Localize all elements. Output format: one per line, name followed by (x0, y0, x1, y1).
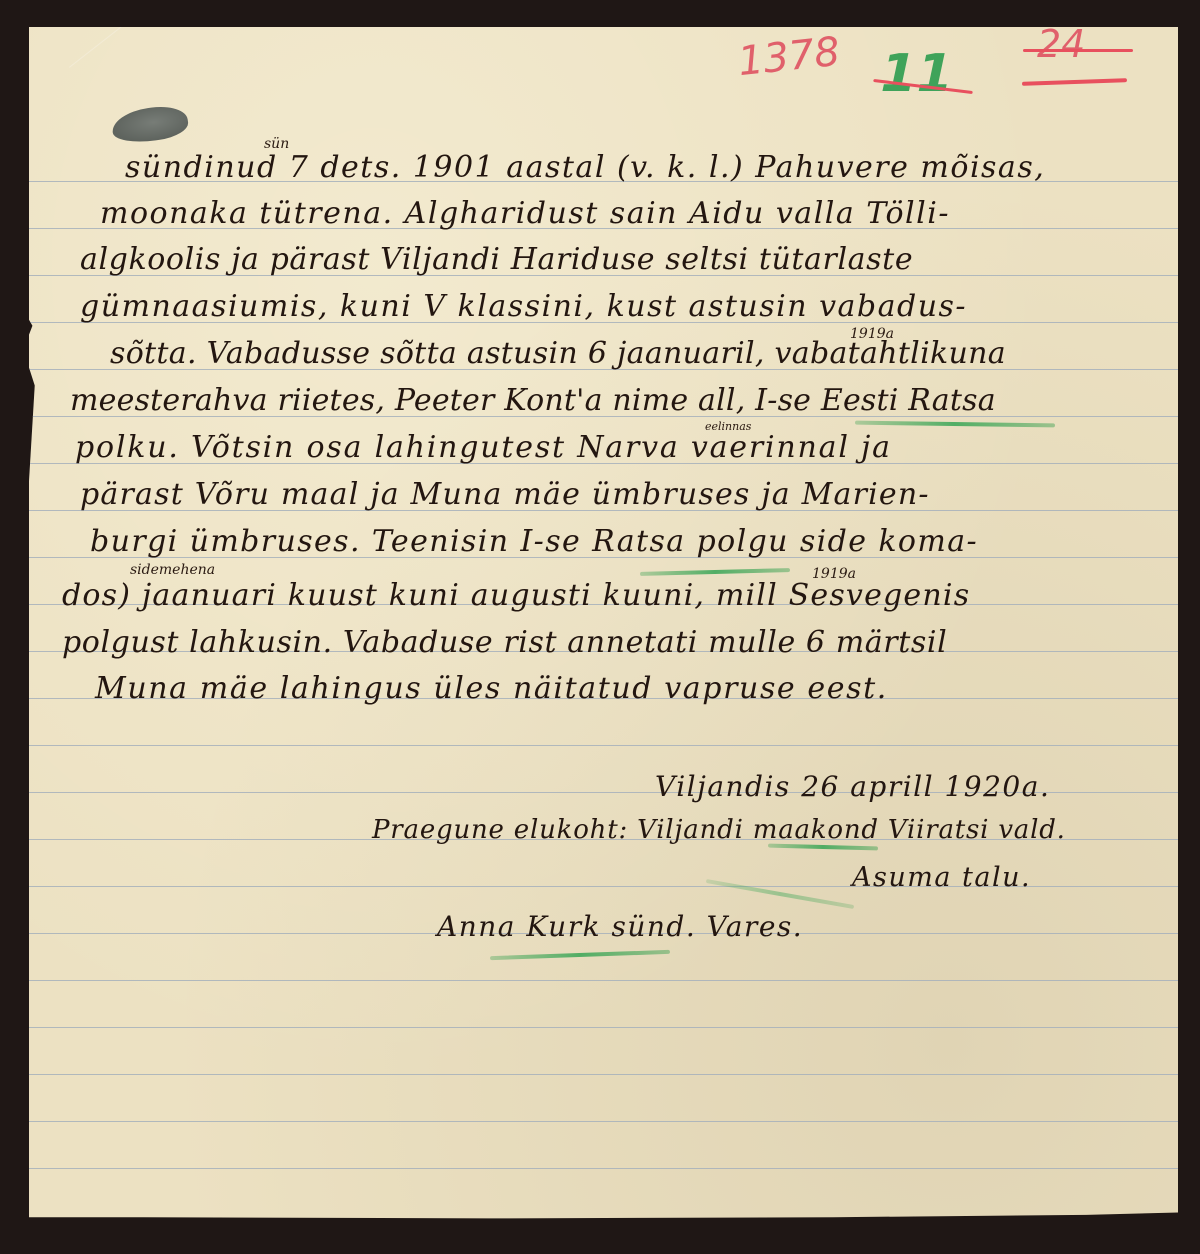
body-line: burgi ümbruses. Teenisin I-se Ratsa polg… (90, 524, 978, 559)
farm-line: Asuma talu. (852, 862, 1031, 893)
body-line: moonaka tütrena. Algharidust sain Aidu v… (100, 196, 950, 231)
body-line: pärast Võru maal ja Muna mäe ümbruses ja… (80, 477, 930, 512)
rule-line (29, 1027, 1178, 1028)
insertion-text: sidemehena (130, 562, 215, 578)
body-line: algkoolis ja pärast Viljandi Hariduse se… (80, 242, 913, 277)
strikethrough-mark (1023, 49, 1133, 52)
rule-line (29, 1168, 1178, 1169)
body-line: polku. Võtsin osa lahingutest Narva vaer… (75, 430, 892, 465)
place-date: Viljandis 26 aprill 1920a. (655, 770, 1050, 803)
body-line: sõtta. Vabadusse sõtta astusin 6 jaanuar… (110, 336, 1006, 371)
archive-number-red-struck: 24 (1037, 22, 1085, 66)
rule-line (29, 1074, 1178, 1075)
body-line: sündinud 7 dets. 1901 aastal (v. k. l.) … (125, 150, 1045, 185)
body-line: polgust lahkusin. Vabaduse rist annetati… (62, 625, 947, 660)
rule-line (29, 980, 1178, 981)
body-line: gümnaasiumis, kuni V klassini, kust astu… (80, 289, 967, 324)
body-line: dos) jaanuari kuust kuni augusti kuuni, … (62, 578, 970, 613)
paper-crease (69, 0, 479, 68)
rule-line (29, 745, 1178, 746)
address-line: Praegune elukoht: Viljandi maakond Viira… (372, 815, 1066, 845)
body-line: meesterahva riietes, Peeter Kont'a nime … (70, 383, 996, 418)
signature: Anna Kurk sünd. Vares. (437, 910, 803, 943)
body-line: Muna mäe lahingus üles näitatud vapruse … (95, 671, 888, 706)
archive-number-green: 11 (874, 44, 959, 104)
rule-line (29, 1121, 1178, 1122)
